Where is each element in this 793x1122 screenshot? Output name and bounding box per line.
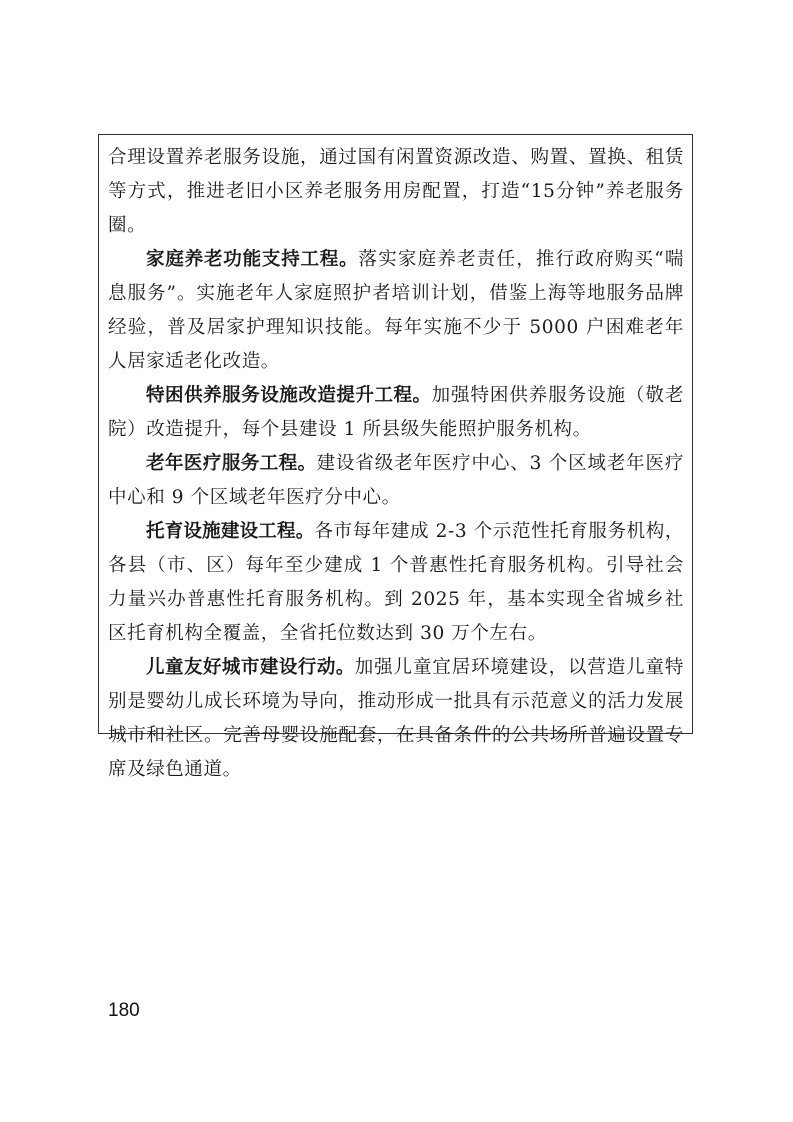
paragraph-heading: 儿童友好城市建设行动。 [146,657,355,678]
paragraph-elderly-medical: 老年医疗服务工程。建设省级老年医疗中心、3 个区域老年医疗中心和 9 个区域老年… [108,447,684,515]
paragraph-heading: 老年医疗服务工程。 [146,453,317,474]
paragraph-heading: 托育设施建设工程。 [146,521,314,542]
page-number: 180 [108,1000,140,1022]
paragraph-child-friendly-city: 儿童友好城市建设行动。加强儿童宜居环境建设，以营造儿童特别是婴幼儿成长环境为导向… [108,651,684,787]
paragraph-heading: 特困供养服务设施改造提升工程。 [146,385,432,406]
paragraph-text: 合理设置养老服务设施，通过国有闲置资源改造、购置、置换、租赁等方式，推进老旧小区… [108,147,684,236]
paragraph-childcare-facilities: 托育设施建设工程。各市每年建成 2-3 个示范性托育服务机构，各县（市、区）每年… [108,515,684,651]
content-box: 合理设置养老服务设施，通过国有闲置资源改造、购置、置换、租赁等方式，推进老旧小区… [98,134,693,734]
paragraph-home-elderly-care: 家庭养老功能支持工程。落实家庭养老责任，推行政府购买“喘息服务”。实施老年人家庭… [108,243,684,379]
paragraph-special-support-facilities: 特困供养服务设施改造提升工程。加强特困供养服务设施（敬老院）改造提升，每个县建设… [108,379,684,447]
paragraph-intro: 合理设置养老服务设施，通过国有闲置资源改造、购置、置换、租赁等方式，推进老旧小区… [108,141,684,243]
paragraph-heading: 家庭养老功能支持工程。 [146,249,358,270]
